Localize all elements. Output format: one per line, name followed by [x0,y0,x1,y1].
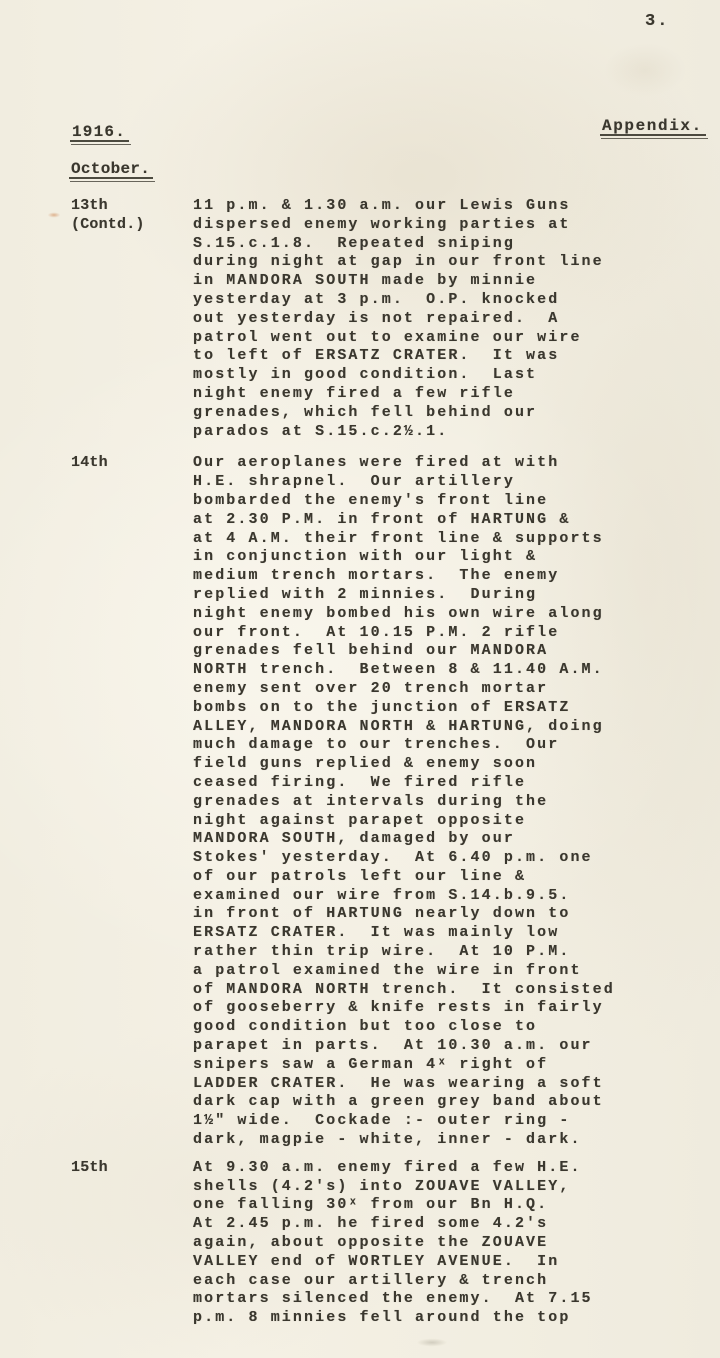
diary-entry-13th: 13th (Contd.) 11 p.m. & 1.30 a.m. our Le… [71,197,681,441]
diary-entry-14th: 14th Our aeroplanes were fired at with H… [71,454,681,1149]
diary-entry-15th: 15th At 9.30 a.m. enemy fired a few H.E.… [71,1159,681,1328]
paper-stain [47,212,61,218]
paper-stain [415,1338,449,1347]
month-label: October. [70,160,153,180]
entry-body-text: 11 p.m. & 1.30 a.m. our Lewis Guns dispe… [193,197,681,441]
entry-date-label: 15th [71,1159,193,1178]
war-diary-page: 3. 1916. Appendix. October. 13th (Contd.… [0,0,720,1358]
entry-body-text: At 9.30 a.m. enemy fired a few H.E. shel… [193,1159,681,1328]
entry-date-label: 14th [71,454,193,473]
paper-stain [600,40,690,100]
entry-date-label: 13th (Contd.) [71,197,193,235]
diary-entries: 13th (Contd.) 11 p.m. & 1.30 a.m. our Le… [71,197,681,1328]
appendix-label: Appendix. [601,117,706,137]
year-label: 1916. [71,123,129,143]
page-number: 3. [645,12,669,31]
entry-body-text: Our aeroplanes were fired at with H.E. s… [193,454,681,1149]
